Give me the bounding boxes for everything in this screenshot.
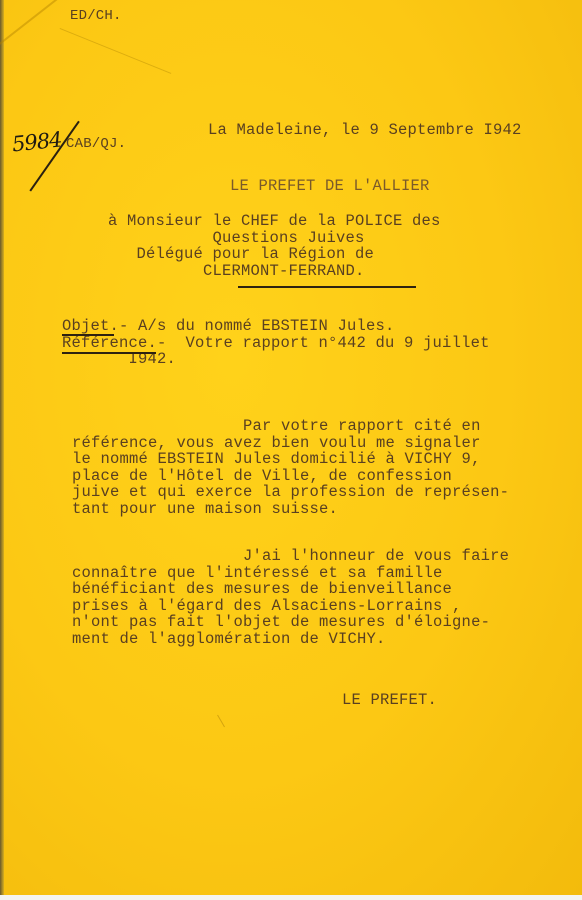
city-underline	[238, 286, 416, 288]
paragraph-line: juive et qui exerce la profession de rep…	[72, 483, 509, 501]
paragraph-line: n'ont pas fait l'objet de mesures d'éloi…	[72, 613, 490, 631]
dateline: La Madeleine, le 9 Septembre I942	[208, 122, 522, 139]
paper-fold-crease-secondary	[60, 28, 172, 74]
body-paragraph-2: J'ai l'honneur de vous faire connaître q…	[72, 548, 509, 648]
document-page: ED/CH. 5984 CAB/QJ. La Madeleine, le 9 S…	[0, 0, 582, 895]
paper-edge-shadow	[0, 0, 4, 895]
recipient-line-2: Questions Juives	[108, 229, 365, 247]
paragraph-line: référence, vous avez bien voulu me signa…	[72, 434, 481, 452]
recipient-block: à Monsieur le CHEF de la POLICE des Ques…	[108, 213, 441, 279]
paragraph-line: ment de l'agglomération de VICHY.	[72, 630, 386, 648]
reference-cab: CAB/QJ.	[66, 136, 126, 153]
paragraph-line: bénéficiant des mesures de bienveillance	[72, 580, 452, 598]
reference-text: .- Votre rapport n°442 du 9 juillet	[148, 334, 490, 352]
reference-underline	[62, 352, 156, 354]
recipient-line-1: à Monsieur le CHEF de la POLICE des	[108, 212, 441, 230]
paragraph-line: place de l'Hôtel de Ville, de confession	[72, 467, 452, 485]
paragraph-line: Par votre rapport cité en	[72, 417, 481, 435]
recipient-line-4: CLERMONT-FERRAND.	[108, 262, 365, 280]
paper-blemish	[217, 711, 232, 728]
body-paragraph-1: Par votre rapport cité en référence, vou…	[72, 418, 509, 518]
closing-signature: LE PREFET.	[342, 692, 437, 709]
reference-label: Référence	[62, 334, 148, 352]
objet-label: Objet	[62, 317, 110, 335]
objet-text: .- A/s du nommé EBSTEIN Jules.	[110, 317, 395, 335]
paragraph-line: connaître que l'intéressé et sa famille	[72, 564, 443, 582]
subject-block: Objet.- A/s du nommé EBSTEIN Jules. Réfé…	[62, 318, 490, 368]
paragraph-line: J'ai l'honneur de vous faire	[72, 547, 509, 565]
sender-heading: LE PREFET DE L'ALLIER	[230, 178, 430, 195]
objet-underline	[62, 334, 114, 336]
reference-initials-top: ED/CH.	[70, 8, 122, 25]
paragraph-line: prises à l'égard des Alsaciens-Lorrains …	[72, 597, 462, 615]
paragraph-line: tant pour une maison suisse.	[72, 500, 338, 518]
recipient-line-3: Délégué pour la Région de	[108, 245, 374, 263]
paragraph-line: le nommé EBSTEIN Jules domicilié à VICHY…	[72, 450, 481, 468]
